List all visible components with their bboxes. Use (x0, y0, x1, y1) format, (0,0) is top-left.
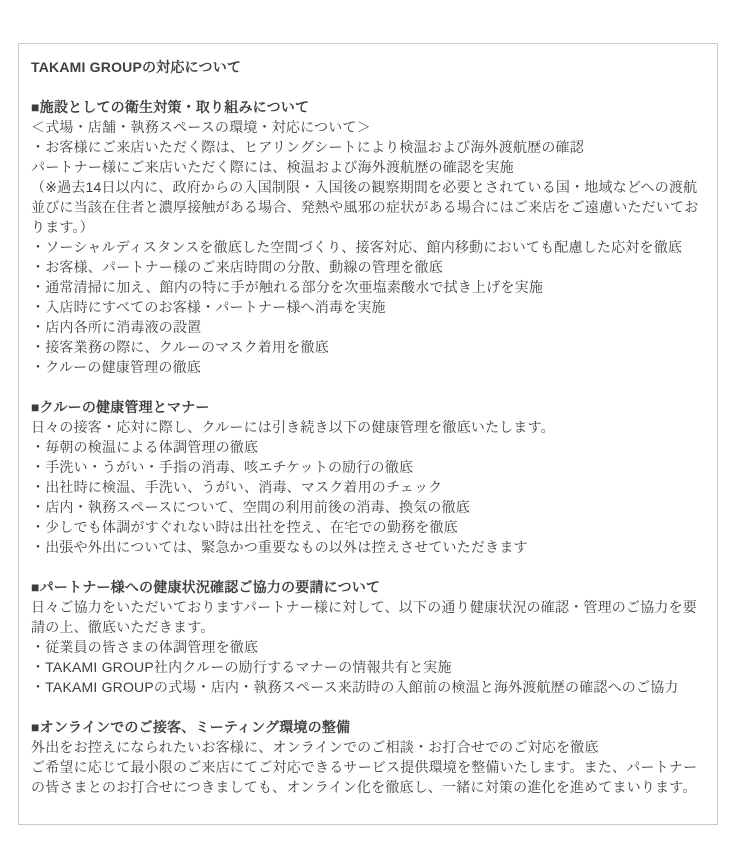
covid-response-notice-panel: TAKAMI GROUPの対応について ■施設としての衛生対策・取り組みについて… (18, 43, 718, 825)
notice-line: （※過去14日以内に、政府からの入国制限・入国後の観察期間を必要とされている国・… (31, 177, 705, 237)
section-partner-health-request: ■パートナー様への健康状況確認ご協力の要請について 日々ご協力をいただいておりま… (31, 577, 705, 697)
notice-line: ・店内・執務スペースについて、空間の利用前後の消毒、換気の徹底 (31, 497, 705, 517)
notice-line: ・店内各所に消毒液の設置 (31, 317, 705, 337)
notice-line: ・手洗い・うがい・手指の消毒、咳エチケットの励行の徹底 (31, 457, 705, 477)
notice-line: ・TAKAMI GROUPの式場・店内・執務スペース来訪時の入館前の検温と海外渡… (31, 677, 705, 697)
notice-line: ・TAKAMI GROUP社内クルーの励行するマナーの情報共有と実施 (31, 657, 705, 677)
notice-line: 日々の接客・応対に際し、クルーには引き続き以下の健康管理を徹底いたします。 (31, 417, 705, 437)
section-heading: ■クルーの健康管理とマナー (31, 397, 705, 417)
notice-line: 日々ご協力をいただいておりますパートナー様に対して、以下の通り健康状況の確認・管… (31, 597, 705, 637)
section-heading: ■施設としての衛生対策・取り組みについて (31, 97, 705, 117)
notice-line: ・お客様にご来店いただく際は、ヒアリングシートにより検温および海外渡航歴の確認 (31, 137, 705, 157)
section-facility-hygiene: ■施設としての衛生対策・取り組みについて ＜式場・店舗・執務スペースの環境・対応… (31, 97, 705, 377)
notice-line: パートナー様にご来店いただく際には、検温および海外渡航歴の確認を実施 (31, 157, 705, 177)
notice-line: ・毎朝の検温による体調管理の徹底 (31, 437, 705, 457)
notice-line: ・クルーの健康管理の徹底 (31, 357, 705, 377)
notice-line: ・接客業務の際に、クルーのマスク着用を徹底 (31, 337, 705, 357)
notice-line: ＜式場・店舗・執務スペースの環境・対応について＞ (31, 117, 705, 137)
notice-line: ・出社時に検温、手洗い、うがい、消毒、マスク着用のチェック (31, 477, 705, 497)
section-online-meeting: ■オンラインでのご接客、ミーティング環境の整備 外出をお控えになられたいお客様に… (31, 717, 705, 797)
notice-line: ご希望に応じて最小限のご来店にてご対応できるサービス提供環境を整備いたします。ま… (31, 757, 705, 797)
notice-line: 外出をお控えになられたいお客様に、オンラインでのご相談・お打合せでのご対応を徹底 (31, 737, 705, 757)
notice-line: ・従業員の皆さまの体調管理を徹底 (31, 637, 705, 657)
section-heading: ■オンラインでのご接客、ミーティング環境の整備 (31, 717, 705, 737)
notice-line: ・入店時にすべてのお客様・パートナー様へ消毒を実施 (31, 297, 705, 317)
section-heading: ■パートナー様への健康状況確認ご協力の要請について (31, 577, 705, 597)
notice-line: ・お客様、パートナー様のご来店時間の分散、動線の管理を徹底 (31, 257, 705, 277)
notice-line: ・ソーシャルディスタンスを徹底した空間づくり、接客対応、館内移動においても配慮し… (31, 237, 705, 257)
notice-title: TAKAMI GROUPの対応について (31, 57, 705, 77)
notice-line: ・出張や外出については、緊急かつ重要なもの以外は控えさせていただきます (31, 537, 705, 557)
section-crew-health: ■クルーの健康管理とマナー 日々の接客・応対に際し、クルーには引き続き以下の健康… (31, 397, 705, 557)
notice-line: ・通常清掃に加え、館内の特に手が触れる部分を次亜塩素酸水で拭き上げを実施 (31, 277, 705, 297)
document-page: TAKAMI GROUPの対応について ■施設としての衛生対策・取り組みについて… (0, 0, 740, 844)
notice-line: ・少しでも体調がすぐれない時は出社を控え、在宅での勤務を徹底 (31, 517, 705, 537)
